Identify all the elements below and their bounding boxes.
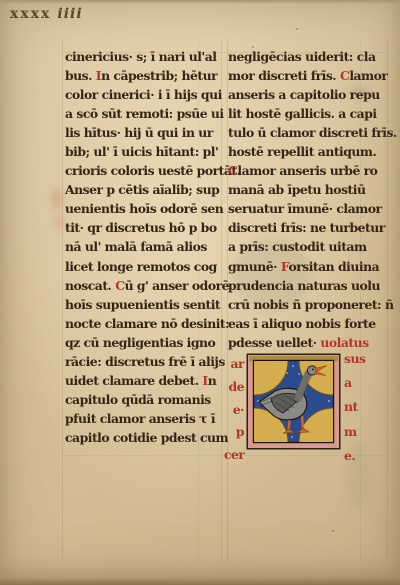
text-line: discreti frīs: ne turbetur — [228, 218, 397, 237]
text-line: qz cū negligentias igno — [65, 333, 240, 352]
ink-speck — [332, 530, 334, 532]
text-line: mor discreti frīs. Clamor — [228, 66, 397, 85]
body-text: eas ī aliquo nobis forte — [228, 316, 376, 331]
text-line: negligēcias uiderit: cla — [228, 47, 397, 66]
rubric-fragments-right: susantme. — [344, 351, 372, 472]
body-text: capitulo qūdā romanis — [65, 392, 211, 407]
text-line: crioris coloris uestē portāt. — [65, 161, 240, 180]
text-line: crū nobis ñ proponeret: ñ — [228, 295, 397, 314]
body-text: licet longe remotos cog — [65, 259, 217, 274]
text-line: hoīs supuenientis sentit — [65, 295, 240, 314]
body-text: n — [208, 373, 217, 388]
page-top-edge — [0, 0, 400, 4]
body-text: bib; ul' ī uicis hītant: pl' — [65, 144, 218, 159]
text-line: seruatur īmunē· clamor — [228, 199, 397, 218]
rubric-fragment: p — [224, 424, 244, 447]
rubric-fragment: sus — [344, 351, 372, 375]
rubricated-text: C — [115, 278, 124, 293]
text-line: nocte clamare nō desinit: — [65, 314, 240, 333]
text-line: tit· qr discretus hō p bo — [65, 218, 240, 237]
text-line: a scō sūt remoti: psūe ui — [65, 104, 240, 123]
body-text: discreti frīs: ne turbetur — [228, 220, 385, 235]
text-line: Anser p cētis aīalib; sup — [65, 180, 240, 199]
body-text: orsitan diuina — [288, 259, 379, 274]
text-line: prudencia naturas uolu — [228, 276, 397, 295]
folio-roman-tens: xxxx — [10, 6, 51, 22]
body-text: a scō sūt remoti: psūe ui — [65, 106, 224, 121]
text-line: capitulo qūdā romanis — [65, 390, 240, 409]
rubric-fragments-left: ardee·pcer — [224, 356, 244, 470]
text-line: gmunē· Forsitan diuina — [228, 257, 397, 276]
text-line: pfuit clamor anseris τ ī — [65, 409, 240, 428]
body-text: negligēcias uiderit: cla — [228, 49, 375, 64]
body-text: crioris coloris uestē portāt. — [65, 163, 240, 178]
body-text: color cinerici· i ī hijs qui — [65, 87, 222, 102]
text-line: uenientis hoīs odorē sen — [65, 199, 240, 218]
rubricated-text: C — [228, 163, 237, 178]
body-text: gmunē· — [228, 259, 281, 274]
text-column-right: negligēcias uiderit: clamor discreti frī… — [228, 47, 397, 352]
text-line: eas ī aliquo nobis forte — [228, 314, 397, 333]
rubric-fragment: nt — [344, 399, 372, 423]
body-text: lis hītus· hij ū qui in ur — [65, 125, 213, 140]
rubricated-text: uolatus — [320, 335, 368, 350]
text-line: manā ab īpetu hostiū — [228, 180, 397, 199]
rubric-fragment: e. — [344, 448, 372, 472]
folio-roman-units: iiii — [57, 6, 82, 22]
body-text: crū nobis ñ proponeret: ñ — [228, 297, 393, 312]
body-text: capitlo cotidie pdest cum — [65, 430, 228, 445]
body-text: lit hostē gallicis. a capi — [228, 106, 377, 121]
body-text: ū g' anser odorē — [125, 278, 229, 293]
body-text: lamor anseris urbē ro — [237, 163, 377, 178]
body-text: tulo ū clamor discreti frīs. — [228, 125, 397, 140]
text-line: licet longe remotos cog — [65, 257, 240, 276]
body-text: pfuit clamor anseris τ ī — [65, 411, 215, 426]
text-line: color cinerici· i ī hijs qui — [65, 85, 240, 104]
body-text: uenientis hoīs odorē sen — [65, 201, 223, 216]
manuscript-page: xxxxiiii cinericius· s; ī nari ul'albus.… — [0, 0, 400, 585]
body-text: mor discreti frīs. — [228, 68, 340, 83]
text-line: nā ul' malā famā alios — [65, 237, 240, 256]
text-line: bus. In cāpestrib; hētur — [65, 66, 240, 85]
body-text: noscat. — [65, 278, 115, 293]
offset-pigment-smudge — [52, 188, 62, 210]
body-text: hoīs supuenientis sentit — [65, 297, 220, 312]
body-text: Anser p cētis aīalib; sup — [65, 182, 219, 197]
body-text: uidet clamare debet. — [65, 373, 202, 388]
text-line: noscat. Cū g' anser odorē — [65, 276, 240, 295]
text-line: cinericius· s; ī nari ul'al — [65, 47, 240, 66]
body-text: lamor — [349, 68, 387, 83]
rubric-fragment: m — [344, 424, 372, 448]
body-text: prudencia naturas uolu — [228, 278, 380, 293]
text-line: uidet clamare debet. In — [65, 371, 240, 390]
goose-miniature-svg — [246, 353, 341, 450]
goose-eye — [312, 369, 314, 371]
text-line: bib; ul' ī uicis hītant: pl' — [65, 142, 240, 161]
folio-number: xxxxiiii — [10, 6, 83, 22]
text-line: lit hostē gallicis. a capi — [228, 104, 397, 123]
rubricated-text: C — [340, 68, 349, 83]
text-line: lis hītus· hij ū qui in ur — [65, 123, 240, 142]
page-bottom-edge — [0, 578, 400, 585]
text-column-left: cinericius· s; ī nari ul'albus. In cāpes… — [65, 47, 240, 447]
text-line: rācie: discretus frē ī alijs — [65, 352, 240, 371]
body-text: qz cū negligentias igno — [65, 335, 215, 350]
body-text: manā ab īpetu hostiū — [228, 182, 365, 197]
text-line: pdesse uellet· uolatus — [228, 333, 397, 352]
body-text: pdesse uellet· — [228, 335, 320, 350]
body-text: tit· qr discretus hō p bo — [65, 220, 217, 235]
rubric-fragment: ar — [224, 356, 244, 379]
ink-speck — [296, 28, 298, 30]
ruling-line-vertical — [62, 40, 63, 562]
body-text: hostē repellit antiqum. — [228, 144, 376, 159]
text-line: hostē repellit antiqum. — [228, 142, 397, 161]
text-line: anseris a capitolio repu — [228, 85, 397, 104]
rubric-fragment: a — [344, 375, 372, 399]
body-text: seruatur īmunē· clamor — [228, 201, 382, 216]
offset-pigment-smudge — [55, 214, 64, 230]
rubric-fragment: e· — [224, 402, 244, 425]
body-text: bus. — [65, 68, 96, 83]
goose-miniature — [246, 353, 341, 450]
body-text: rācie: discretus frē ī alijs — [65, 354, 225, 369]
body-text: a prīs: custodit uitam — [228, 239, 367, 254]
body-text: anseris a capitolio repu — [228, 87, 380, 102]
body-text: n cāpestrib; hētur — [101, 68, 217, 83]
rubric-fragment: cer — [224, 447, 244, 470]
rubric-fragment: de — [224, 379, 244, 402]
body-text: nā ul' malā famā alios — [65, 239, 207, 254]
body-text: nocte clamare nō desinit: — [65, 316, 229, 331]
text-line: tulo ū clamor discreti frīs. — [228, 123, 397, 142]
text-line: a prīs: custodit uitam — [228, 237, 397, 256]
body-text: cinericius· s; ī nari ul'al — [65, 49, 216, 64]
text-line: capitlo cotidie pdest cum — [65, 428, 240, 447]
text-line: Clamor anseris urbē ro — [228, 161, 397, 180]
